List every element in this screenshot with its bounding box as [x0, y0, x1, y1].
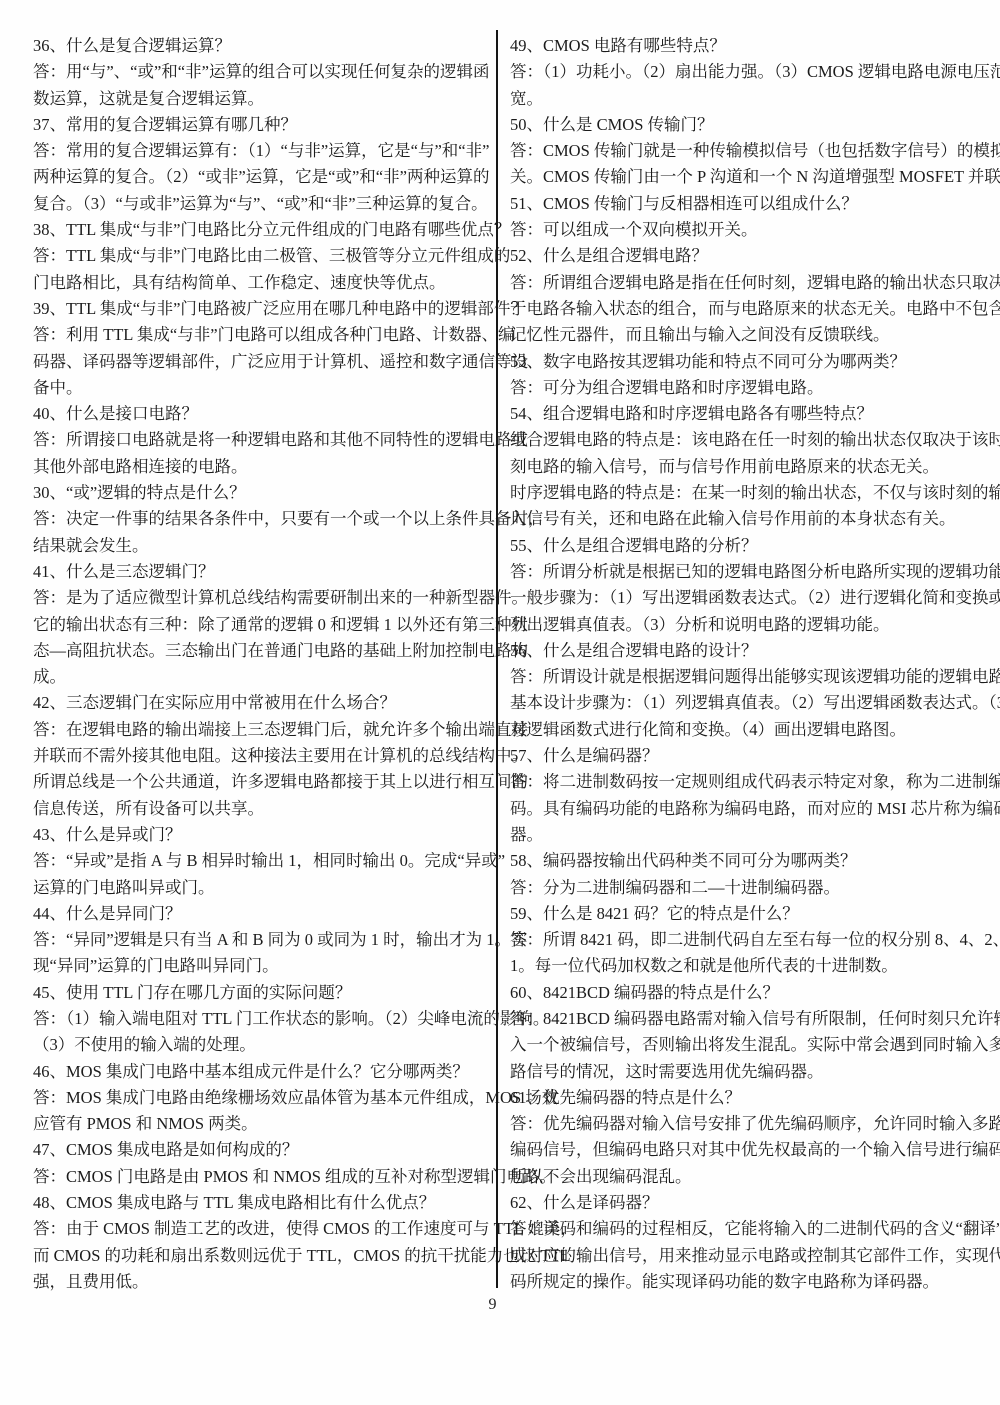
- text-line: 态—高阻抗状态。三态输出门在普通门电路的基础上附加控制电路构: [33, 638, 491, 664]
- text-line: 答：MOS 集成门电路由绝缘栅场效应晶体管为基本元件组成，MOS 场效: [33, 1085, 491, 1111]
- text-line: 答：用“与”、“或”和“非”运算的组合可以实现任何复杂的逻辑函: [33, 59, 491, 85]
- text-line: 30、“或”逻辑的特点是什么？: [33, 480, 491, 506]
- text-line: 它的输出状态有三种：除了通常的逻辑 0 和逻辑 1 以外还有第三种状: [33, 612, 491, 638]
- text-line: 列出逻辑真值表。（3）分析和说明电路的逻辑功能。: [510, 612, 970, 638]
- text-line: 记忆性元器件，而且输出与输入之间没有反馈联线。: [510, 322, 970, 348]
- text-line: 51、CMOS 传输门与反相器相连可以组成什么？: [510, 191, 970, 217]
- text-line: 现“异同”运算的门电路叫异同门。: [33, 953, 491, 979]
- page-number: 9: [0, 1296, 985, 1314]
- text-line: 52、什么是组合逻辑电路？: [510, 243, 970, 269]
- text-line: 44、什么是异同门？: [33, 901, 491, 927]
- text-line: 答：决定一件事的结果各条件中，只要有一个或一个以上条件具备时，: [33, 506, 491, 532]
- text-line: 37、常用的复合逻辑运算有哪几种？: [33, 112, 491, 138]
- text-line: 36、什么是复合逻辑运算？: [33, 33, 491, 59]
- text-line: 码所规定的操作。能实现译码功能的数字电路称为译码器。: [510, 1269, 970, 1295]
- text-line: 答：所谓 8421 码，即二进制代码自左至右每一位的权分别 8、4、2、: [510, 927, 970, 953]
- text-line: 答：可分为组合逻辑电路和时序逻辑电路。: [510, 375, 970, 401]
- text-line: 并联而不需外接其他电阻。这种接法主要用在计算机的总线结构中。: [33, 743, 491, 769]
- text-line: 入一个被编信号，否则输出将发生混乱。实际中常会遇到同时输入多: [510, 1032, 970, 1058]
- text-line: 48、CMOS 集成电路与 TTL 集成电路相比有什么优点？: [33, 1190, 491, 1216]
- text-line: 60、8421BCD 编码器的特点是什么？: [510, 980, 970, 1006]
- text-line: 时序逻辑电路的特点是：在某一时刻的输出状态，不仅与该时刻的输: [510, 480, 970, 506]
- text-line: 成。: [33, 664, 491, 690]
- text-line: 所以不会出现编码混乱。: [510, 1164, 970, 1190]
- text-line: 答：由于 CMOS 制造工艺的改进，使得 CMOS 的工作速度可与 TTL 媲美…: [33, 1216, 491, 1242]
- text-line: 答：在逻辑电路的输出端接上三态逻辑门后，就允许多个输出端直接: [33, 717, 491, 743]
- text-line: 45、使用 TTL 门存在哪几方面的实际问题？: [33, 980, 491, 1006]
- text-line: 结果就会发生。: [33, 533, 491, 559]
- text-line: 答：将二进制数码按一定规则组成代码表示特定对象，称为二进制编: [510, 769, 970, 795]
- text-line: 答：利用 TTL 集成“与非”门电路可以组成各种门电路、计数器、编: [33, 322, 491, 348]
- text-line: 于电路各输入状态的组合，而与电路原来的状态无关。电路中不包含: [510, 296, 970, 322]
- text-line: 门电路相比，具有结构简单、工作稳定、速度快等优点。: [33, 270, 491, 296]
- text-line: 运算的门电路叫异或门。: [33, 875, 491, 901]
- text-line: 54、组合逻辑电路和时序逻辑电路各有哪些特点？: [510, 401, 970, 427]
- text-line: 答：是为了适应微型计算机总线结构需要研制出来的一种新型器件。: [33, 585, 491, 611]
- text-line: 成对应的输出信号，用来推动显示电路或控制其它部件工作，实现代: [510, 1243, 970, 1269]
- text-line: 答：（1）功耗小。（2）扇出能力强。（3）CMOS 逻辑电路电源电压范围: [510, 59, 970, 85]
- text-line: 答：分为二进制编码器和二—十进制编码器。: [510, 875, 970, 901]
- text-line: 一般步骤为：（1）写出逻辑函数表达式。（2）进行逻辑化简和变换或: [510, 585, 970, 611]
- document-page: 36、什么是复合逻辑运算？答：用“与”、“或”和“非”运算的组合可以实现任何复杂…: [0, 0, 1000, 1405]
- text-line: 其他外部电路相连接的电路。: [33, 454, 491, 480]
- text-line: 40、什么是接口电路？: [33, 401, 491, 427]
- text-line: 答：常用的复合逻辑运算有：（1）“与非”运算，它是“与”和“非”: [33, 138, 491, 164]
- text-line: 而 CMOS 的功耗和扇出系数则远优于 TTL，CMOS 的抗干扰能力也比 TT…: [33, 1243, 491, 1269]
- text-line: 42、三态逻辑门在实际应用中常被用在什么场合？: [33, 690, 491, 716]
- text-line: 39、TTL 集成“与非”门电路被广泛应用在哪几种电路中的逻辑部件？: [33, 296, 491, 322]
- text-line: 编码信号，但编码电路只对其中优先权最高的一个输入信号进行编码，: [510, 1137, 970, 1163]
- text-line: 答：8421BCD 编码器电路需对输入信号有所限制，任何时刻只允许输: [510, 1006, 970, 1032]
- text-line: 58、编码器按输出代码种类不同可分为哪两类？: [510, 848, 970, 874]
- text-line: 答：CMOS 门电路是由 PMOS 和 NMOS 组成的互补对称型逻辑门电路。: [33, 1164, 491, 1190]
- text-line: 41、什么是三态逻辑门？: [33, 559, 491, 585]
- left-column: 36、什么是复合逻辑运算？答：用“与”、“或”和“非”运算的组合可以实现任何复杂…: [33, 33, 491, 1295]
- text-line: 刻电路的输入信号，而与信号作用前电路原来的状态无关。: [510, 454, 970, 480]
- text-line: 答：“异或”是指 A 与 B 相异时输出 1，相同时输出 0。完成“异或”: [33, 848, 491, 874]
- right-column: 49、CMOS 电路有哪些特点？答：（1）功耗小。（2）扇出能力强。（3）CMO…: [510, 33, 970, 1295]
- text-line: 56、什么是组合逻辑电路的设计？: [510, 638, 970, 664]
- text-line: 数运算，这就是复合逻辑运算。: [33, 86, 491, 112]
- text-line: 57、什么是编码器？: [510, 743, 970, 769]
- text-line: 复合。（3）“与或非”运算为“与”、“或”和“非”三种运算的复合。: [33, 191, 491, 217]
- text-line: 49、CMOS 电路有哪些特点？: [510, 33, 970, 59]
- text-line: 码器、译码器等逻辑部件，广泛应用于计算机、遥控和数字通信等设: [33, 349, 491, 375]
- text-line: 答：TTL 集成“与非”门电路比由二极管、三极管等分立元件组成的: [33, 243, 491, 269]
- text-line: （3）不使用的输入端的处理。: [33, 1032, 491, 1058]
- text-line: 1。每一位代码加权数之和就是他所代表的十进制数。: [510, 953, 970, 979]
- text-line: 入信号有关，还和电路在此输入信号作用前的本身状态有关。: [510, 506, 970, 532]
- text-line: 所谓总线是一个公共通道，许多逻辑电路都接于其上以进行相互间的: [33, 769, 491, 795]
- column-divider: [496, 30, 498, 1288]
- text-line: 43、什么是异或门？: [33, 822, 491, 848]
- text-line: 55、什么是组合逻辑电路的分析？: [510, 533, 970, 559]
- text-line: 组合逻辑电路的特点是：该电路在任一时刻的输出状态仅取决于该时: [510, 427, 970, 453]
- text-line: 答：所谓组合逻辑电路是指在任何时刻，逻辑电路的输出状态只取决: [510, 270, 970, 296]
- text-line: 答：“异同”逻辑是只有当 A 和 B 同为 0 或同为 1 时，输出才为 1。实: [33, 927, 491, 953]
- text-line: 答：所谓分析就是根据已知的逻辑电路图分析电路所实现的逻辑功能。: [510, 559, 970, 585]
- text-line: 宽。: [510, 86, 970, 112]
- text-line: 码。具有编码功能的电路称为编码电路，而对应的 MSI 芯片称为编码: [510, 796, 970, 822]
- text-line: 备中。: [33, 375, 491, 401]
- text-line: 53、数字电路按其逻辑功能和特点不同可分为哪两类？: [510, 349, 970, 375]
- text-line: 答：所谓设计就是根据逻辑问题得出能够实现该逻辑功能的逻辑电路。: [510, 664, 970, 690]
- text-line: 信息传送，所有设备可以共享。: [33, 796, 491, 822]
- text-line: 47、CMOS 集成电路是如何构成的？: [33, 1137, 491, 1163]
- text-line: 两种运算的复合。（2）“或非”运算，它是“或”和“非”两种运算的: [33, 164, 491, 190]
- text-line: 基本设计步骤为：（1）列逻辑真值表。（2）写出逻辑函数表达式。（3）: [510, 690, 970, 716]
- text-line: 答：CMOS 传输门就是一种传输模拟信号（也包括数字信号）的模拟开: [510, 138, 970, 164]
- text-line: 答：优先编码器对输入信号安排了优先编码顺序，允许同时输入多路: [510, 1111, 970, 1137]
- text-line: 46、MOS 集成门电路中基本组成元件是什么？它分哪两类？: [33, 1059, 491, 1085]
- text-line: 强，且费用低。: [33, 1269, 491, 1295]
- text-line: 59、什么是 8421 码？它的特点是什么？: [510, 901, 970, 927]
- text-line: 路信号的情况，这时需要选用优先编码器。: [510, 1059, 970, 1085]
- text-line: 关。CMOS 传输门由一个 P 沟道和一个 N 沟道增强型 MOSFET 并联而…: [510, 164, 970, 190]
- text-line: 器。: [510, 822, 970, 848]
- text-line: 应管有 PMOS 和 NMOS 两类。: [33, 1111, 491, 1137]
- text-line: 答：可以组成一个双向模拟开关。: [510, 217, 970, 243]
- text-line: 答：译码和编码的过程相反，它能将输入的二进制代码的含义“翻译”: [510, 1216, 970, 1242]
- text-line: 50、什么是 CMOS 传输门？: [510, 112, 970, 138]
- text-line: 61、优先编码器的特点是什么？: [510, 1085, 970, 1111]
- text-line: 答：（1）输入端电阻对 TTL 门工作状态的影响。（2）尖峰电流的影响。: [33, 1006, 491, 1032]
- text-line: 38、TTL 集成“与非”门电路比分立元件组成的门电路有哪些优点？: [33, 217, 491, 243]
- text-line: 62、什么是译码器？: [510, 1190, 970, 1216]
- text-line: 对逻辑函数式进行化简和变换。（4）画出逻辑电路图。: [510, 717, 970, 743]
- text-line: 答：所谓接口电路就是将一种逻辑电路和其他不同特性的逻辑电路或: [33, 427, 491, 453]
